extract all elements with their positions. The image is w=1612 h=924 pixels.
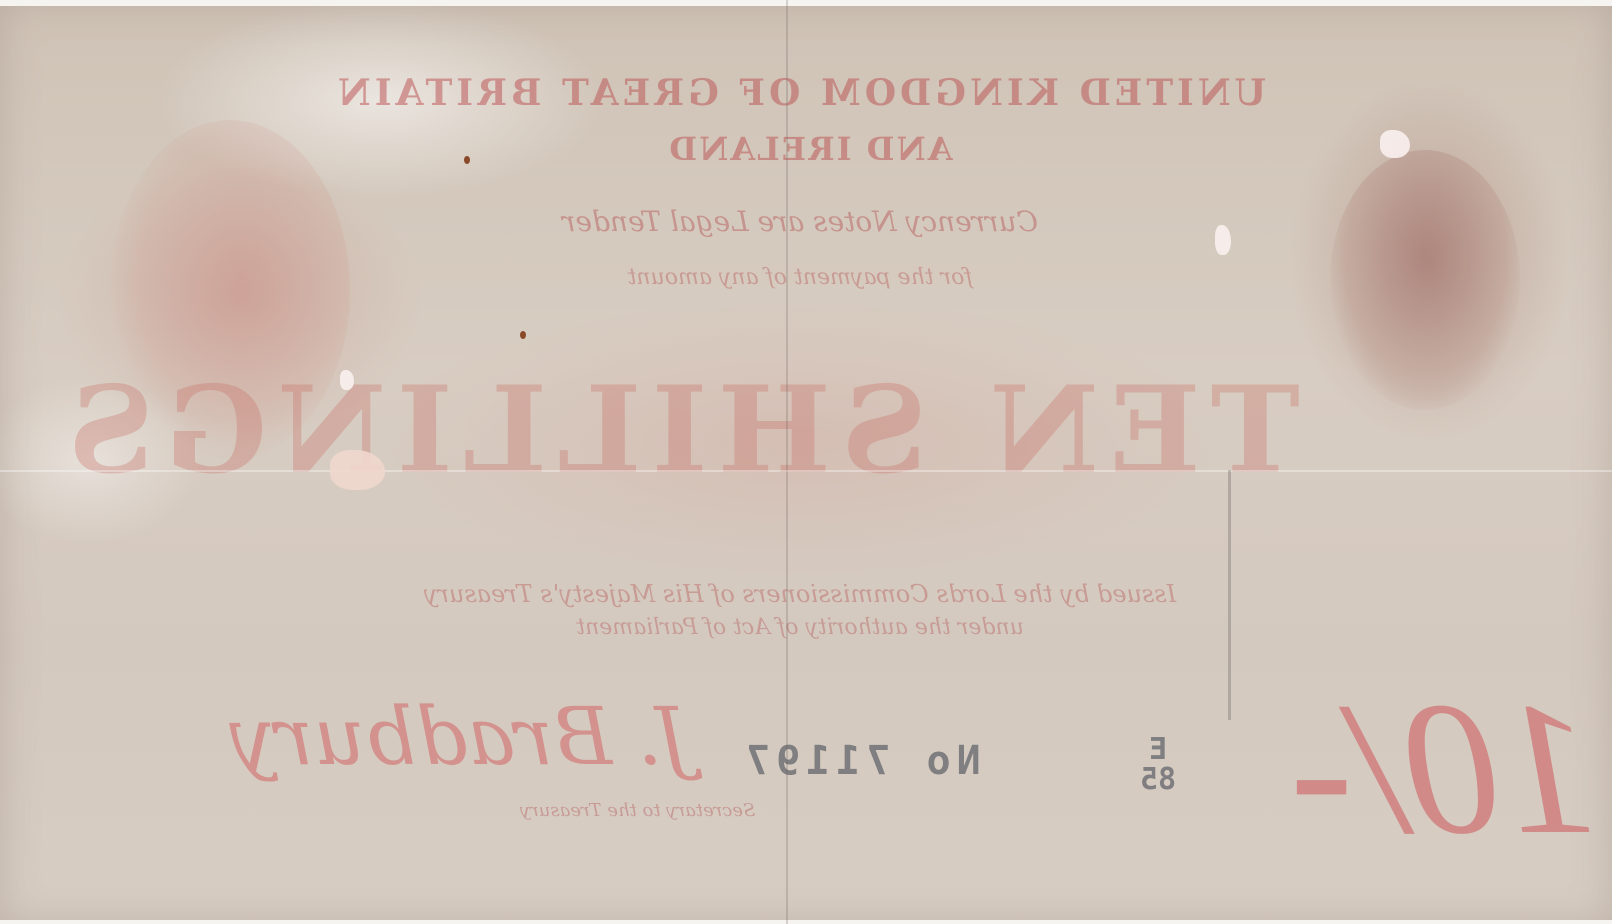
subtitle-line-showthrough: AND IRELAND — [600, 130, 1020, 168]
serial-number: No 71197 — [740, 738, 981, 784]
paper-damage-spot — [340, 370, 354, 390]
denomination-showthrough: TEN SHILLINGS — [340, 360, 1300, 501]
foxing-stain — [520, 331, 526, 339]
legal-tender-line-showthrough: Currency Notes are Legal Tender — [300, 205, 1300, 238]
foxing-stain — [464, 156, 470, 164]
signature-title-showthrough: Secretary to the Treasury — [520, 800, 755, 821]
serial-prefix-letter: E — [1140, 735, 1176, 765]
issued-by-line-showthrough: Issued by the Lords Commissioners of His… — [300, 580, 1300, 608]
paper-damage-spot — [330, 450, 385, 490]
authority-line-showthrough: under the authority of Act of Parliament — [300, 615, 1300, 640]
value-mark-showthrough: 10/- — [1290, 660, 1596, 878]
pencil-mark — [1228, 470, 1231, 720]
serial-prefix-number: 85 — [1140, 765, 1176, 795]
paper-damage-spot — [1380, 130, 1410, 158]
portrait-showthrough — [1330, 150, 1520, 410]
signature-showthrough: J. Bradbury — [230, 690, 689, 783]
horizontal-fold-crease — [0, 470, 1612, 472]
paper-damage-spot — [1215, 225, 1231, 255]
scan-edge-top — [0, 0, 1612, 6]
title-line-showthrough: UNITED KINGDOM OF GREAT BRITAIN — [130, 72, 1470, 114]
banknote-reverse: UNITED KINGDOM OF GREAT BRITAIN AND IREL… — [0, 0, 1612, 924]
serial-prefix: E 85 — [1140, 735, 1176, 795]
vertical-fold-crease — [786, 0, 788, 924]
payment-line-showthrough: for the payment of any amount — [400, 265, 1200, 290]
scan-edge-bottom — [0, 920, 1612, 924]
